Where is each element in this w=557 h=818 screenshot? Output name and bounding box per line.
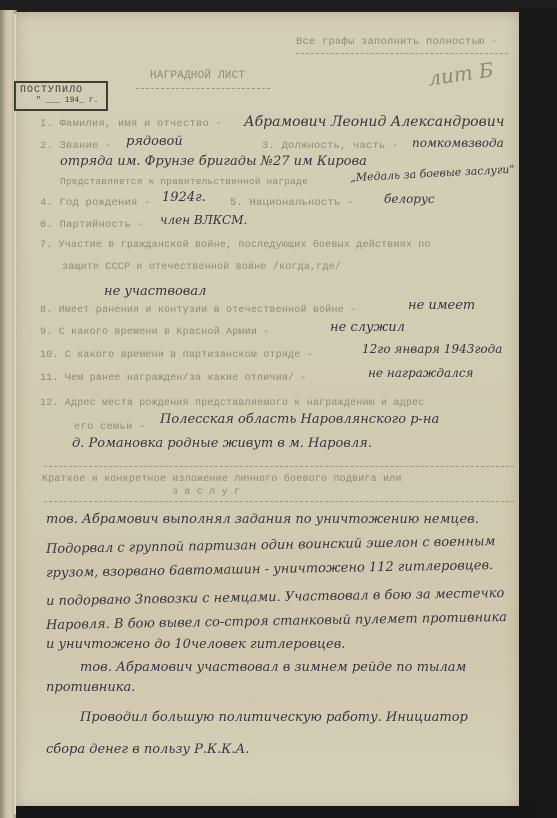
field-value-partisan-since: 12го января 1943года: [362, 342, 502, 356]
field-value-birth-year: 1924г.: [162, 190, 206, 205]
field-label-party: 6. Партийность -: [40, 219, 144, 231]
feat-heading: Краткое и конкретное изложение личного б…: [42, 474, 402, 485]
field-label-red-army: 9. С какого времени в Красной Армии -: [40, 327, 269, 338]
feat-text-line: сбора денег в пользу Р.К.К.А.: [46, 742, 249, 757]
field-value-unit: отряда им. Фрунзе бригады №27 им Кирова: [60, 154, 367, 169]
field-value-name: Абрамович Леонид Александрович: [244, 114, 504, 130]
field-value-red-army: не служил: [330, 320, 405, 335]
field-label-war-participation: 7. Участие в гражданской войне, последую…: [40, 240, 431, 251]
background-edge-bottom: [16, 806, 536, 818]
field-value-nationality: белорус: [384, 192, 435, 206]
feat-text-line: противника.: [46, 680, 135, 695]
field-label-address: 12. Адрес места рождения представляемого…: [40, 398, 424, 409]
field-label-award: Представляется к правительственной награ…: [60, 176, 308, 187]
field-label-prior-awards: 11. Чем ранее награжден/за какие отличия…: [40, 373, 307, 384]
feat-text-line: и уничтожено до 10человек гитлеровцев.: [46, 637, 345, 652]
field-value-party: член ВЛКСМ.: [160, 213, 247, 227]
stamp-text: ПОСТУПИЛО: [20, 85, 83, 96]
field-value-family: д. Романовка родные живут в м. Наровля.: [72, 436, 372, 451]
field-label-war-participation-cont: защите СССР и отечественной войне /когда…: [62, 262, 341, 273]
background-edge: [519, 8, 557, 818]
section-divider-top: [44, 466, 514, 467]
field-value-wounds: не имеет: [408, 298, 475, 313]
field-value-position: помкомвзвода: [412, 136, 504, 150]
field-value-prior-awards: не награждался: [368, 366, 474, 380]
field-label-rank: 2. Звание -: [40, 140, 112, 152]
title-underline: [136, 88, 270, 89]
feat-heading-merit: з а с л у г: [172, 487, 240, 498]
stamp-date: " ___ 194_ г.: [36, 96, 98, 105]
field-value-rank: рядовой: [126, 134, 183, 149]
section-divider-bottom: [44, 501, 514, 502]
feat-text-line: тов. Абрамович участвовал в зимнем рейде…: [80, 660, 466, 675]
field-label-nationality: 5. Национальность -: [230, 197, 354, 209]
feat-text-line: Проводил большую политическую работу. Ин…: [80, 710, 468, 725]
feat-text-line: тов. Абрамович выполнял задания по уничт…: [46, 512, 479, 527]
field-label-position: 3. Должность, часть -: [262, 140, 399, 152]
header-note: Все графы заполнить полностью -: [296, 36, 498, 48]
header-dash-line: [296, 53, 508, 54]
field-label-name: I. Фамилия, имя и отчество -: [40, 118, 222, 130]
field-label-partisan-since: 10. С какого времени в партизанском отря…: [40, 350, 313, 361]
received-stamp: ПОСТУПИЛО " ___ 194_ г.: [14, 81, 108, 111]
field-value-war-participation: не участвовал: [104, 284, 206, 299]
page-title: НАГРАДНОЙ ЛИСТ: [150, 70, 245, 82]
field-label-wounds: 8. Имеет ранения и контузии в отечествен…: [40, 305, 356, 316]
field-value-address: Полесская область Наровлянского р-на: [160, 412, 439, 427]
field-label-birth-year: 4. Год рождения -: [40, 197, 151, 209]
field-label-family: его семьи -: [74, 421, 146, 433]
